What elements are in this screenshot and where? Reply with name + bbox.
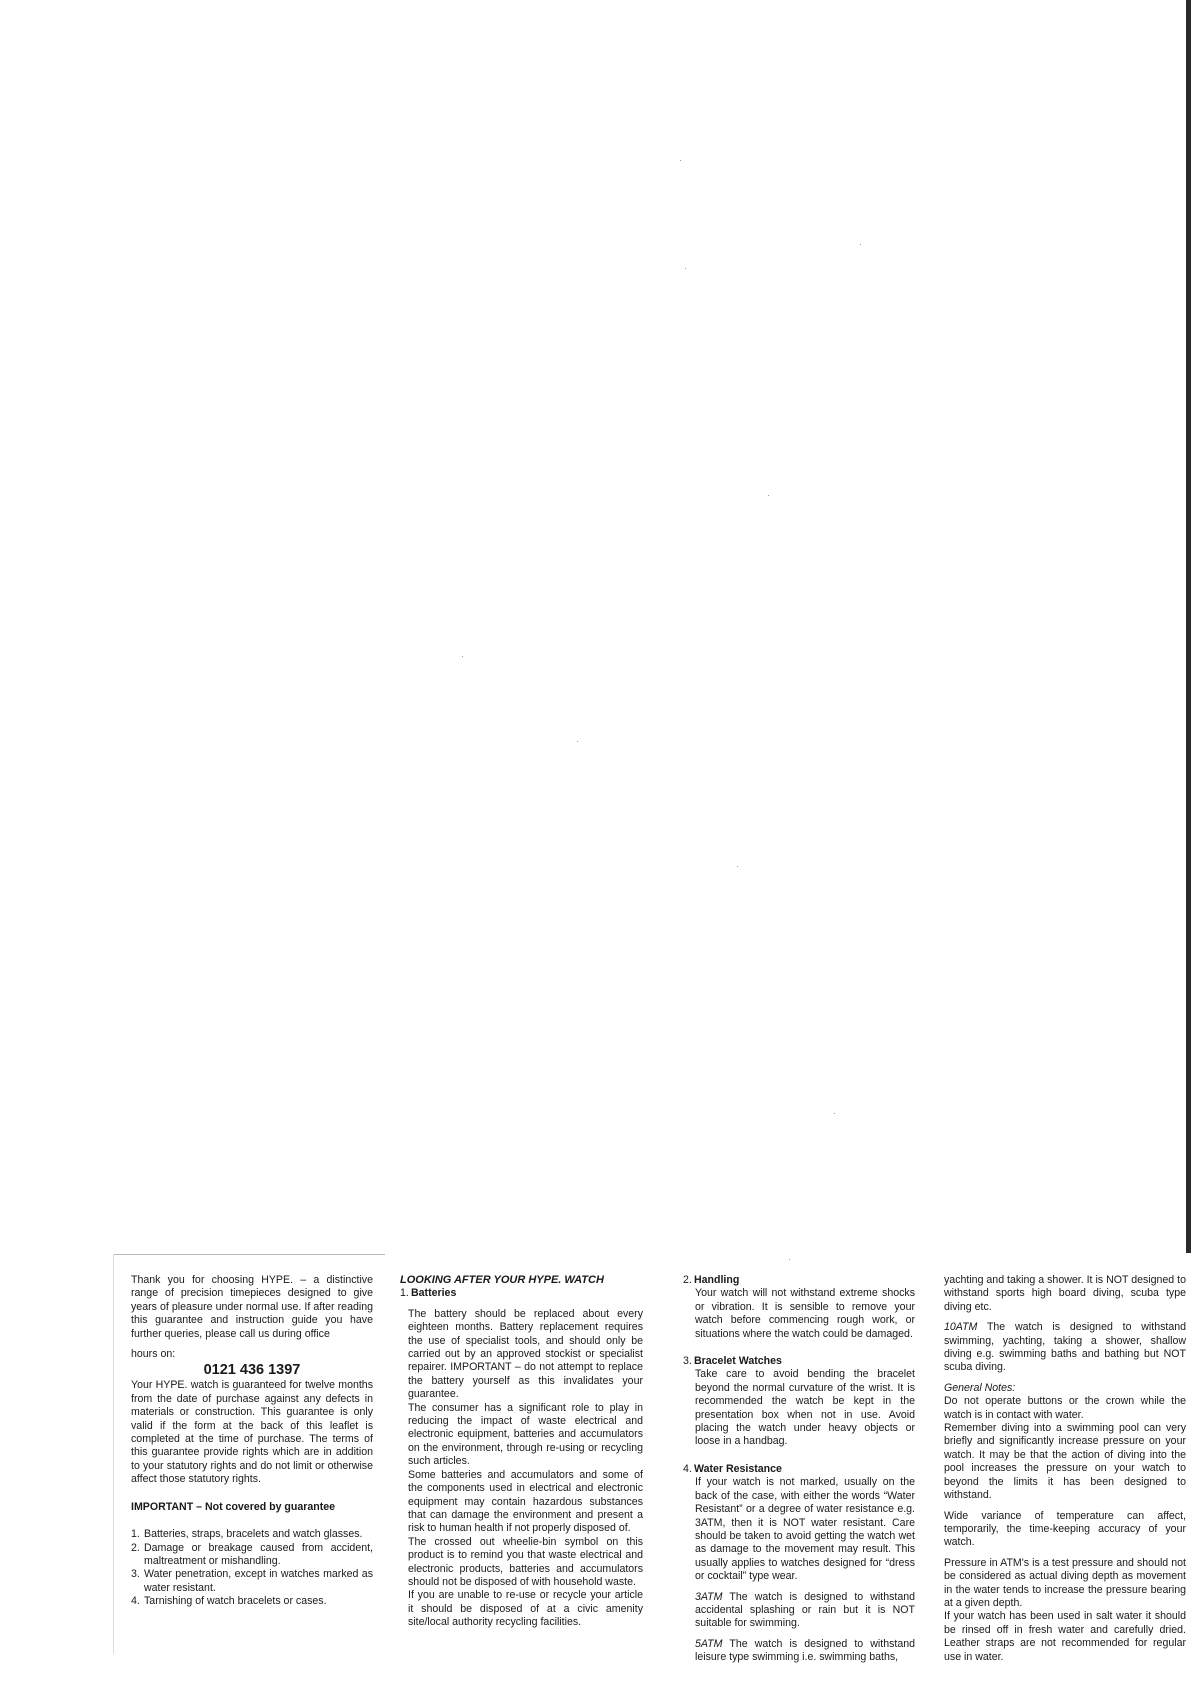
general-note: If your watch has been used in salt wate… [944, 1610, 1186, 1664]
water-text: If your watch is not marked, usually on … [683, 1476, 915, 1583]
handling-text: Your watch will not withstand extreme sh… [683, 1287, 915, 1341]
general-note: Remember diving into a swimming pool can… [944, 1422, 1186, 1502]
list-text: Damage or breakage caused from accident,… [144, 1542, 373, 1569]
atm3-label: 3ATM [695, 1591, 722, 1603]
hours-on-label: hours on: [131, 1348, 373, 1361]
list-text: Batteries, straps, bracelets and watch g… [144, 1528, 373, 1541]
batteries-paragraph: Some batteries and accumulators and some… [408, 1469, 643, 1536]
handling-heading: 2. Handling [683, 1274, 915, 1287]
section-number: 2. [683, 1274, 694, 1287]
care-column-notes: yachting and taking a shower. It is NOT … [944, 1274, 1186, 1664]
scan-speck [789, 1259, 790, 1260]
batteries-heading: 1. Batteries [400, 1287, 643, 1300]
guarantee-column: Thank you for choosing HYPE. – a distinc… [131, 1274, 373, 1609]
scan-speck [685, 268, 686, 269]
care-column-handling: 2. Handling Your watch will not withstan… [683, 1274, 915, 1665]
batteries-paragraph: The battery should be replaced about eve… [408, 1308, 643, 1402]
atm3-paragraph: 3ATM The watch is designed to withstand … [683, 1591, 915, 1631]
batteries-paragraph: If you are unable to re-use or recycle y… [408, 1589, 643, 1629]
exclusions-list: 1.Batteries, straps, bracelets and watch… [131, 1528, 373, 1608]
list-number: 3. [131, 1568, 144, 1595]
general-note: Do not operate buttons or the crown whil… [944, 1395, 1186, 1422]
section-title: LOOKING AFTER YOUR HYPE. WATCH [400, 1274, 643, 1287]
scan-speck [834, 1113, 835, 1114]
section-heading-text: Batteries [411, 1287, 456, 1300]
general-notes-label: General Notes: [944, 1382, 1186, 1395]
atm10-paragraph: 10ATM The watch is designed to withstand… [944, 1321, 1186, 1375]
batteries-paragraph: The crossed out wheelie-bin symbol on th… [408, 1536, 643, 1590]
list-text: Tarnishing of watch bracelets or cases. [144, 1595, 373, 1608]
guarantee-text: Your HYPE. watch is guaranteed for twelv… [131, 1379, 373, 1486]
bracelet-text: Take care to avoid bending the bracelet … [683, 1368, 915, 1448]
bracelet-heading: 3. Bracelet Watches [683, 1355, 915, 1368]
atm5-continued: yachting and taking a shower. It is NOT … [944, 1274, 1186, 1314]
care-column-batteries: LOOKING AFTER YOUR HYPE. WATCH 1. Batter… [400, 1274, 643, 1630]
panel-border-left [113, 1254, 114, 1654]
list-item: 4.Tarnishing of watch bracelets or cases… [131, 1595, 373, 1608]
intro-text: Thank you for choosing HYPE. – a distinc… [131, 1274, 373, 1341]
phone-number: 0121 436 1397 [131, 1361, 373, 1379]
section-number: 4. [683, 1463, 694, 1476]
list-item: 2.Damage or breakage caused from acciden… [131, 1542, 373, 1569]
list-item: 3.Water penetration, except in watches m… [131, 1568, 373, 1595]
panel-border-top [113, 1254, 385, 1255]
list-number: 1. [131, 1528, 144, 1541]
section-number: 3. [683, 1355, 694, 1368]
section-heading-text: Water Resistance [694, 1463, 782, 1476]
general-note: Pressure in ATM's is a test pressure and… [944, 1557, 1186, 1611]
atm5-label: 5ATM [695, 1638, 722, 1650]
list-number: 4. [131, 1595, 144, 1608]
scan-speck [737, 866, 738, 867]
important-heading: IMPORTANT – Not covered by guarantee [131, 1501, 373, 1514]
section-heading-text: Handling [694, 1274, 739, 1287]
atm10-text: The watch is designed to withstand swimm… [944, 1321, 1186, 1373]
atm3-text: The watch is designed to withstand accid… [695, 1591, 915, 1630]
section-heading-text: Bracelet Watches [694, 1355, 782, 1368]
general-note: Wide variance of temperature can affect,… [944, 1510, 1186, 1550]
atm5-paragraph: 5ATM The watch is designed to withstand … [683, 1638, 915, 1665]
list-text: Water penetration, except in watches mar… [144, 1568, 373, 1595]
scan-edge-shadow [1186, 0, 1191, 1253]
list-item: 1.Batteries, straps, bracelets and watch… [131, 1528, 373, 1541]
scan-speck [860, 244, 861, 245]
scan-speck [462, 656, 463, 657]
batteries-paragraph: The consumer has a significant role to p… [408, 1402, 643, 1469]
list-number: 2. [131, 1542, 144, 1569]
atm10-label: 10ATM [944, 1321, 977, 1333]
atm5-text: The watch is designed to withstand leisu… [695, 1638, 915, 1663]
scan-speck [768, 495, 769, 496]
water-heading: 4. Water Resistance [683, 1463, 915, 1476]
scan-speck [577, 741, 578, 742]
scan-speck [680, 160, 681, 161]
section-number: 1. [400, 1287, 411, 1300]
batteries-body: The battery should be replaced about eve… [400, 1308, 643, 1630]
